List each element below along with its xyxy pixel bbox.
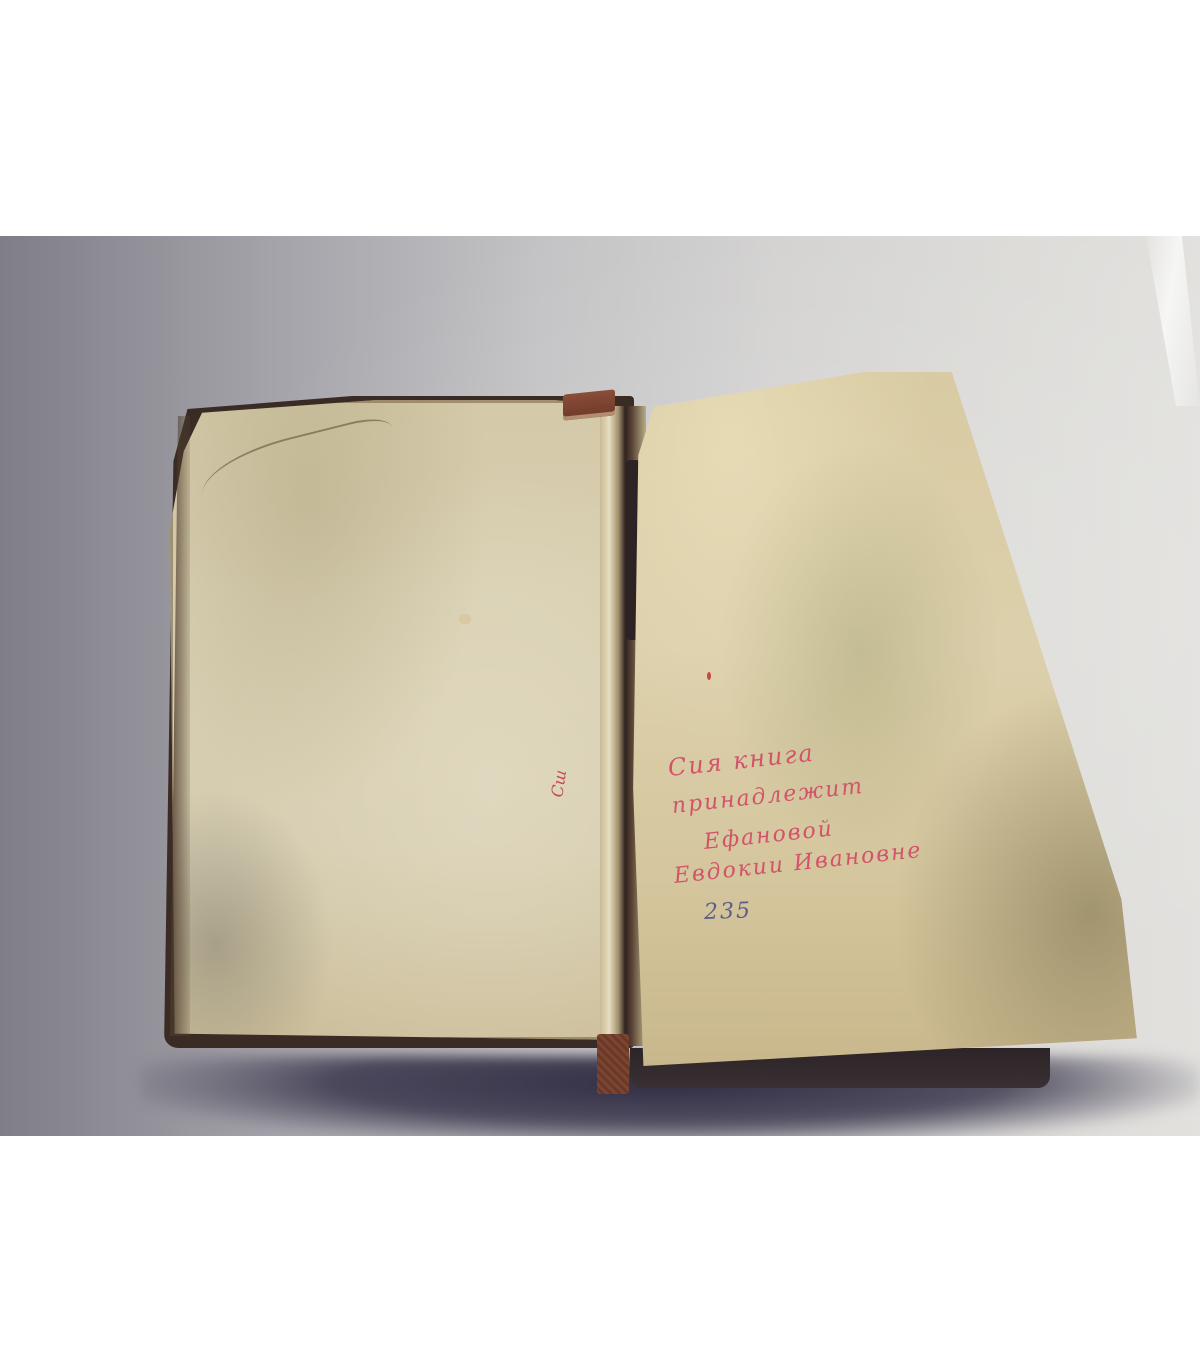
top-headband [563, 389, 615, 420]
inscription-line-2: принадлежит [671, 774, 866, 819]
red-ink-dot [707, 672, 711, 680]
inscription-line-1: Сия книга [667, 739, 816, 782]
paper-flake [459, 614, 471, 624]
bottom-tailband [597, 1034, 629, 1094]
inscription-number: 235 [704, 898, 753, 925]
left-margin-mark: Сш [547, 769, 570, 799]
ownership-inscription: Сия книга принадлежит Ефановой Евдокии И… [660, 732, 1000, 942]
book-photograph: Сия книга принадлежит Ефановой Евдокии И… [0, 236, 1200, 1136]
